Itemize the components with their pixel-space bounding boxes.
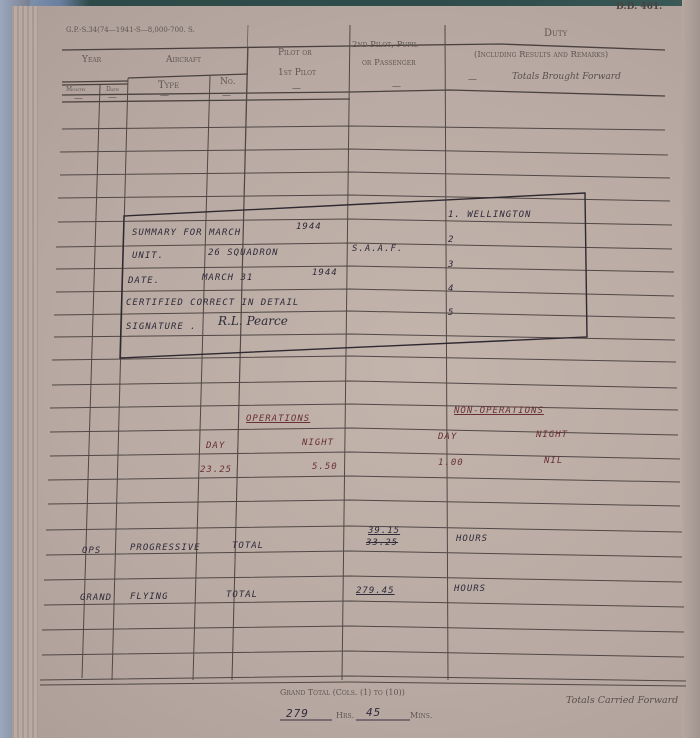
header-aircraft: Aircraft xyxy=(166,55,201,65)
nonops-day-label: Day xyxy=(438,432,457,442)
hrs-label: Hrs. xyxy=(336,711,354,720)
header-year: Year xyxy=(82,55,101,65)
ops-progressive-label-1: Ops xyxy=(82,546,101,556)
header-second-pilot-line1: 2nd Pilot, Pupil xyxy=(352,40,418,50)
ops-progressive-struck: 33.25 xyxy=(366,538,398,548)
dash-type: — xyxy=(160,91,169,101)
summary-date-year: 1944 xyxy=(312,268,338,278)
ops-day-label: Day xyxy=(206,441,225,451)
ops-day-value: 23.25 xyxy=(200,465,232,475)
nonops-day-value: 1.00 xyxy=(438,458,464,468)
aircraft-list-5: 5 xyxy=(448,308,454,318)
header-no: No. xyxy=(220,77,236,87)
summary-signature: R.L. Pearce xyxy=(218,314,288,328)
header-pilot-line2: 1st Pilot xyxy=(278,68,316,78)
totals-brought-forward: Totals Brought Forward xyxy=(512,72,621,82)
dash-month: — xyxy=(74,94,83,104)
summary-unit-label: Unit. xyxy=(132,251,164,261)
header-month: Month xyxy=(66,86,85,93)
header-type: Type xyxy=(158,80,179,91)
summary-unit-force: S.A.A.F. xyxy=(352,244,403,254)
aircraft-list-3: 3 xyxy=(448,260,454,270)
dash-second-pilot: — xyxy=(392,82,401,92)
summary-title: Summary for March xyxy=(132,228,241,238)
summary-signature-label: Signature . xyxy=(126,322,197,332)
grand-total-hours: 279 xyxy=(286,707,309,720)
grand-flying-label-2: Flying xyxy=(130,592,169,602)
summary-date-value: March 31 xyxy=(202,273,253,283)
summary-year: 1944 xyxy=(296,222,322,232)
header-second-pilot-line2: or Passenger xyxy=(362,58,416,68)
grand-flying-label-1: Grand xyxy=(80,593,112,603)
ops-night-label: Night xyxy=(302,438,334,448)
ruled-grid xyxy=(0,0,700,738)
summary-certified: Certified correct in detail xyxy=(126,298,299,308)
dash-no: — xyxy=(222,91,231,101)
header-duty-remarks: (Including Results and Remarks) xyxy=(474,50,608,60)
grand-total-mins: 45 xyxy=(366,706,381,719)
ops-progressive-label-2: Progressive xyxy=(130,543,201,553)
ops-progressive-label-3: Total xyxy=(232,541,264,551)
nonops-night-value: Nil xyxy=(544,456,563,466)
dash-duty: — xyxy=(468,75,477,85)
grand-flying-unit: Hours xyxy=(454,584,486,594)
aircraft-list-4: 4 xyxy=(448,284,454,294)
ops-progressive-value: 39.15 xyxy=(368,526,400,536)
dash-pilot: — xyxy=(292,84,301,94)
mins-label: Mins. xyxy=(410,711,432,720)
summary-unit-value: 26 Squadron xyxy=(208,248,279,258)
grand-total-label: Grand Total (Cols. (1) to (10)) xyxy=(280,688,405,697)
ops-night-value: 5.50 xyxy=(312,462,338,472)
totals-carried-forward: Totals Carried Forward xyxy=(566,695,678,706)
non-operations-label: Non-Operations xyxy=(454,406,544,416)
ops-progressive-unit: Hours xyxy=(456,534,488,544)
print-code: G.P.-S.34(74—1941-S—8,000-700. S. xyxy=(66,26,195,34)
header-duty: Duty xyxy=(544,28,567,39)
dash-date: — xyxy=(108,93,117,103)
form-number: D.D. 461. xyxy=(616,2,662,12)
grand-flying-label-3: Total xyxy=(226,590,258,600)
aircraft-list-2: 2 xyxy=(448,235,454,245)
aircraft-list-1: 1. Wellington xyxy=(448,210,531,220)
grand-flying-value: 279.45 xyxy=(356,586,395,596)
header-pilot-line1: Pilot or xyxy=(278,48,312,58)
nonops-night-label: Night xyxy=(536,430,568,440)
summary-date-label: Date. xyxy=(128,276,160,286)
header-date: Date xyxy=(106,86,119,93)
operations-label: Operations xyxy=(246,414,310,424)
